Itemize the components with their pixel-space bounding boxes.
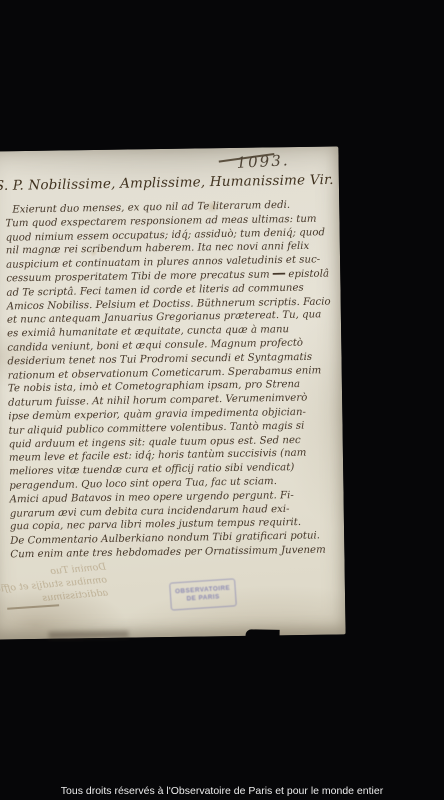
catalog-number-annotation: 1093. (236, 151, 290, 172)
manuscript-text: Exierunt duo menses, ex quo nil ad Te li… (5, 199, 332, 562)
copyright-caption: Tous droits réservés à l'Observatoire de… (0, 785, 444, 797)
verso-showthrough: Domini Tuoomnibus studijs et officijsadd… (0, 561, 109, 610)
salutation-line: S. P. Nobilissime, Amplissime, Humanissi… (0, 172, 325, 194)
observatoire-stamp: OBSERVATOIRE DE PARIS (169, 578, 237, 610)
scan-photo: 1093. S. P. Nobilissime, Amplissime, Hum… (0, 0, 444, 800)
edge-smudge (49, 631, 129, 639)
page-tear (246, 629, 280, 639)
manuscript-page: 1093. S. P. Nobilissime, Amplissime, Hum… (0, 146, 346, 639)
